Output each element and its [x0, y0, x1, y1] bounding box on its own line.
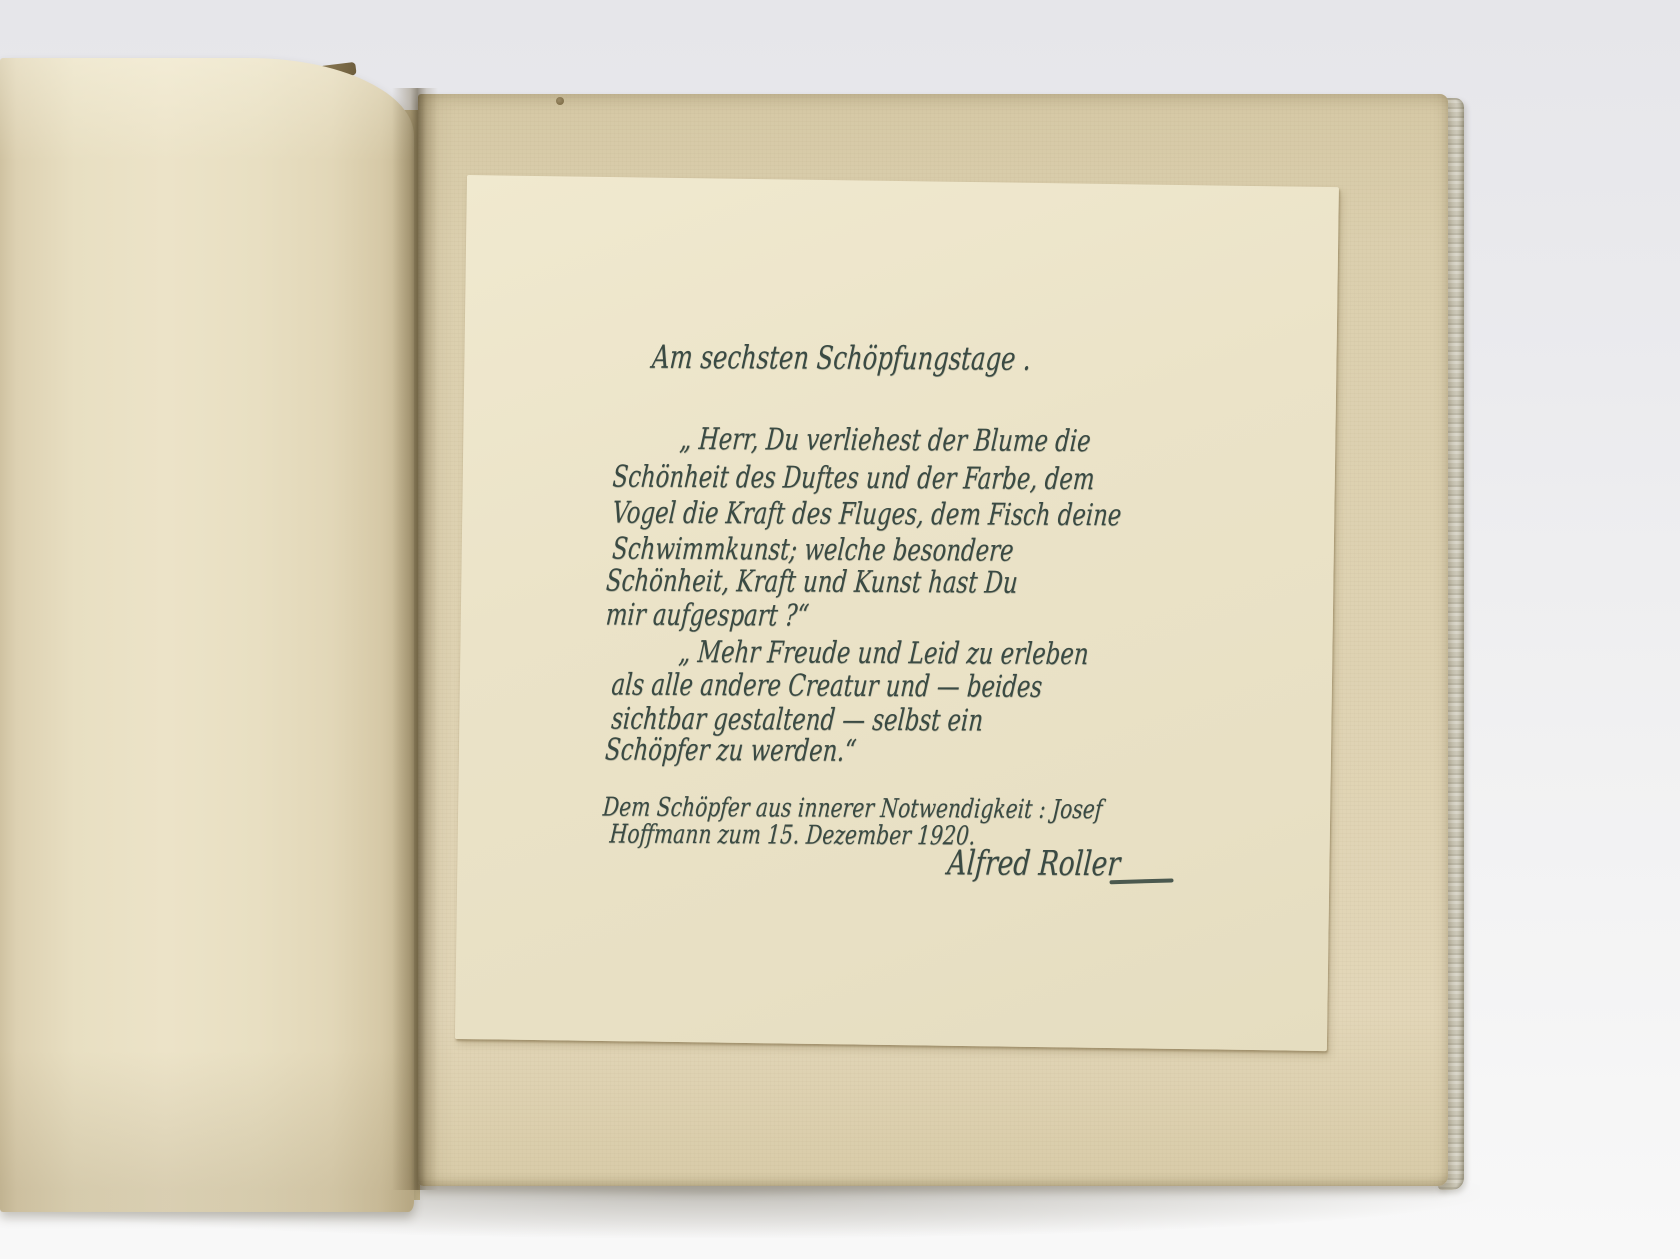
- handwritten-dedication: Am sechsten Schöpfungstage . „ Herr, Du …: [459, 179, 1336, 1048]
- left-page-blank-curled: [0, 58, 414, 1212]
- quote1-line-3: Vogel die Kraft des Fluges, dem Fisch de…: [611, 499, 1122, 532]
- inset-manuscript-sheet: Am sechsten Schöpfungstage . „ Herr, Du …: [455, 175, 1339, 1051]
- quote2-line-4: Schöpfer zu werden.“: [604, 736, 857, 767]
- quote1-line-1: „ Herr, Du verliehest der Blume die: [679, 425, 1092, 457]
- dedication-line-2: Hoffmann zum 15. Dezember 1920.: [609, 822, 977, 850]
- signature-underline-flourish: [1109, 878, 1173, 884]
- signature: Alfred Roller: [946, 846, 1121, 881]
- quote1-line-5: Schönheit, Kraft und Kunst hast Du: [605, 567, 1019, 599]
- quote1-line-6: mir aufgespart ?“: [605, 601, 810, 632]
- quote2-line-1: „ Mehr Freude und Leid zu erleben: [678, 638, 1090, 670]
- quote2-line-2: als alle andere Creatur und — beides: [610, 671, 1043, 703]
- dedication-line-1: Dem Schöpfer aus innerer Notwendigkeit :…: [602, 795, 1103, 824]
- quote1-line-4: Schwimmkunst; welche besondere: [611, 535, 1014, 567]
- manuscript-title: Am sechsten Schöpfungstage .: [651, 341, 1032, 375]
- quote2-line-3: sichtbar gestaltend — selbst ein: [610, 705, 984, 737]
- quote1-line-2: Schönheit des Duftes und der Farbe, dem: [612, 463, 1096, 496]
- wormhole-dot: [556, 97, 564, 105]
- photograph-of-open-guestbook: Am sechsten Schöpfungstage . „ Herr, Du …: [0, 0, 1680, 1259]
